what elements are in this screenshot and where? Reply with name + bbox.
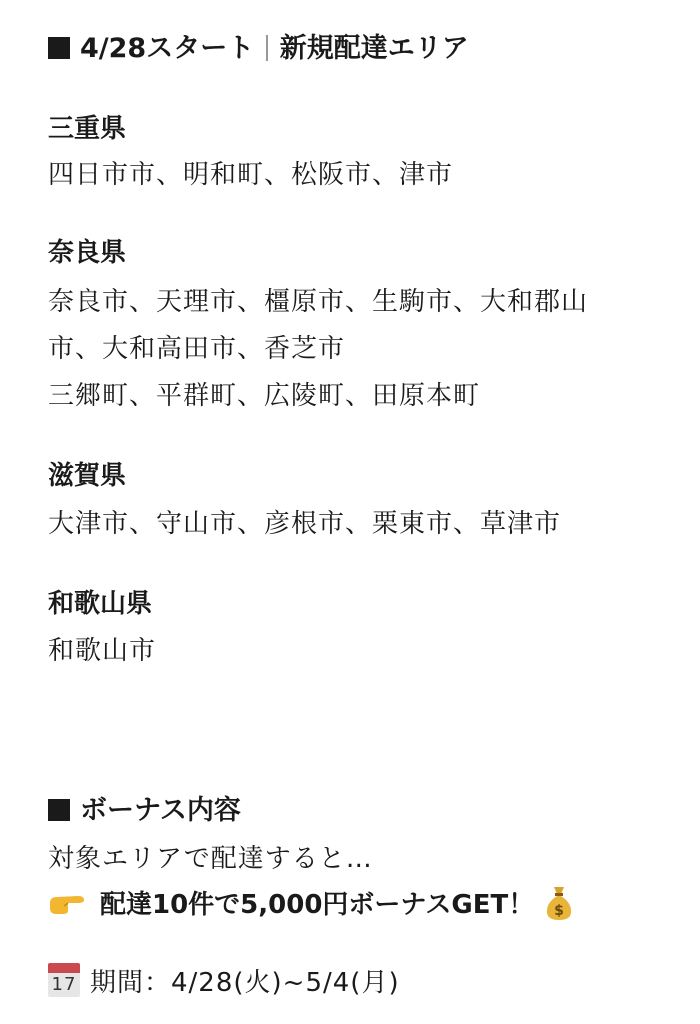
bonus-intro: 対象エリアで配達すると… <box>48 838 373 875</box>
area-heading-date: 4/28スタート <box>80 33 254 64</box>
prefecture-nara: 奈良県 <box>48 232 126 269</box>
prefecture-shiga: 滋賀県 <box>48 455 126 492</box>
svg-text:$: $ <box>554 903 564 919</box>
bonus-highlight: 配達10件で5,000円ボーナスGET！ $ <box>48 884 574 921</box>
cities-shiga: 大津市、守山市、彦根市、栗東市、草津市 <box>48 503 561 540</box>
area-heading-title: 新規配達エリア <box>280 33 469 64</box>
bonus-period-text: 期間：4/28(火)~5/4(月) <box>90 968 400 998</box>
cities-wakayama: 和歌山市 <box>48 630 156 667</box>
prefecture-wakayama: 和歌山県 <box>48 583 152 620</box>
cities-nara-1: 奈良市、天理市、橿原市、生駒市、大和郡山 <box>48 281 588 318</box>
prefecture-mie: 三重県 <box>48 108 126 145</box>
square-bullet-icon <box>48 37 70 59</box>
cities-nara-2: 市、大和高田市、香芝市 <box>48 328 345 365</box>
bonus-heading: ボーナス内容 <box>48 788 241 827</box>
cities-mie: 四日市市、明和町、松阪市、津市 <box>48 154 453 191</box>
area-heading: 4/28スタート新規配達エリア <box>48 26 469 65</box>
bonus-heading-text: ボーナス内容 <box>80 795 241 826</box>
square-bullet-icon <box>48 799 70 821</box>
pointing-hand-icon <box>48 892 88 914</box>
bonus-highlight-text: 配達10件で5,000円ボーナスGET！ <box>100 890 534 920</box>
calendar-icon: 17 <box>48 963 80 997</box>
bonus-period: 17期間：4/28(火)~5/4(月) <box>48 962 400 999</box>
cities-nara-3: 三郷町、平群町、広陵町、田原本町 <box>48 375 480 412</box>
money-bag-icon: $ <box>544 885 574 921</box>
divider <box>266 35 268 61</box>
